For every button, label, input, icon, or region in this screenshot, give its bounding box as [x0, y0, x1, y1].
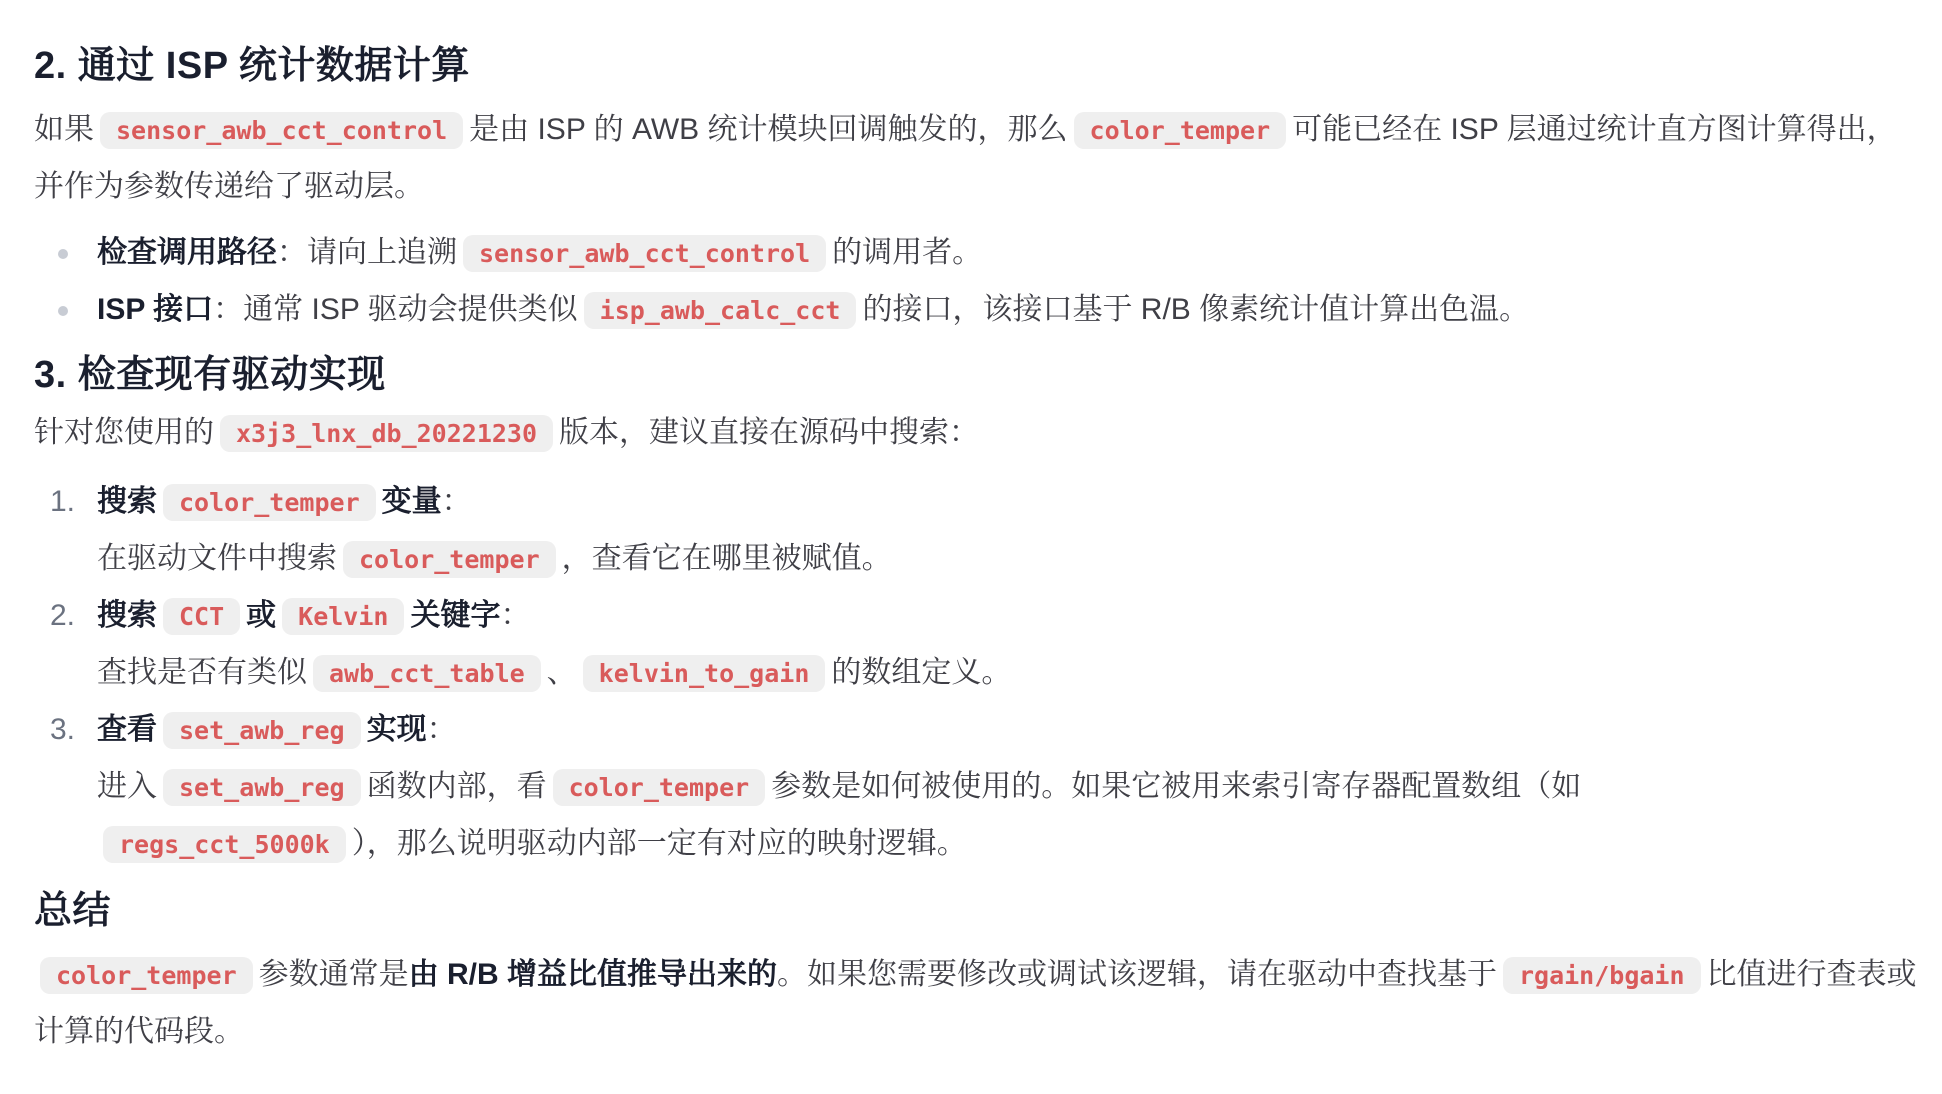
inline-code: sensor_awb_cct_control	[100, 112, 463, 149]
text: 搜索	[97, 599, 157, 632]
text: 参数通常是	[259, 958, 409, 991]
text: 。如果您需要修改或调试该逻辑，请在驱动中查找基于	[777, 958, 1497, 991]
text: 函数内部，看	[367, 770, 547, 803]
inline-code: set_awb_reg	[163, 712, 361, 749]
bullet-list: 检查调用路径：请向上追溯sensor_awb_cct_control的调用者。 …	[34, 225, 1920, 339]
inline-code: x3j3_lnx_db_20221230	[220, 415, 553, 452]
text: 搜索	[97, 485, 157, 518]
list-item-description: 进入set_awb_reg函数内部，看color_temper参数是如何被使用的…	[97, 759, 1920, 873]
text: 的接口，该接口基于 R/B 像素统计值计算出色温。	[862, 293, 1529, 326]
list-item-description: 查找是否有类似awb_cct_table、kelvin_to_gain的数组定义…	[97, 645, 1920, 702]
list-item: 3. 查看set_awb_reg实现： 进入set_awb_reg函数内部，看c…	[34, 702, 1920, 873]
text: 在驱动文件中搜索	[97, 542, 337, 575]
inline-code: CCT	[163, 598, 240, 635]
bullet-dot-icon	[58, 249, 68, 259]
text: 、	[547, 656, 577, 689]
text: 查找是否有类似	[97, 656, 307, 689]
text: ），那么说明驱动内部一定有对应的映射逻辑。	[352, 827, 967, 860]
list-item-title: ISP 接口	[97, 293, 213, 326]
list-number: 2.	[50, 588, 75, 644]
inline-code: regs_cct_5000k	[103, 826, 346, 863]
text: ：请向上追溯	[277, 236, 457, 269]
inline-code: color_temper	[163, 484, 376, 521]
bullet-dot-icon	[58, 306, 68, 316]
text: 版本，建议直接在源码中搜索：	[559, 416, 979, 449]
emphasis-text: 由 R/B 增益比值推导出来的	[409, 958, 777, 991]
section-heading-check-driver: 3. 检查现有驱动实现	[34, 345, 1920, 405]
text: 是由 ISP 的 AWB 统计模块回调触发的，那么	[469, 113, 1067, 146]
inline-code: sensor_awb_cct_control	[463, 235, 826, 272]
text: 的数组定义。	[831, 656, 1011, 689]
inline-code: color_temper	[1074, 112, 1287, 149]
text: 参数是如何被使用的。如果它被用来索引寄存器配置数组（如	[771, 770, 1581, 803]
numbered-list: 1. 搜索color_temper变量： 在驱动文件中搜索color_tempe…	[34, 474, 1920, 873]
inline-code: Kelvin	[282, 598, 404, 635]
document-content: 2. 通过 ISP 统计数据计算 如果sensor_awb_cct_contro…	[0, 0, 1942, 1060]
text: 的调用者。	[832, 236, 982, 269]
text: 针对您使用的	[34, 416, 214, 449]
list-item: 1. 搜索color_temper变量： 在驱动文件中搜索color_tempe…	[34, 474, 1920, 588]
text: 关键字	[410, 599, 500, 632]
text: 或	[246, 599, 276, 632]
inline-code: kelvin_to_gain	[583, 655, 826, 692]
inline-code: color_temper	[40, 957, 253, 994]
section-heading-isp-stats: 2. 通过 ISP 统计数据计算	[34, 36, 1920, 96]
text: 如果	[34, 113, 94, 146]
text: 查看	[97, 713, 157, 746]
list-item-description: 在驱动文件中搜索color_temper，查看它在哪里被赋值。	[97, 531, 1920, 588]
text: ：	[427, 713, 457, 746]
text: ：	[500, 599, 530, 632]
paragraph-summary: color_temper参数通常是由 R/B 增益比值推导出来的。如果您需要修改…	[34, 947, 1920, 1060]
text: ：通常 ISP 驱动会提供类似	[213, 293, 577, 326]
text: 变量	[382, 485, 442, 518]
inline-code: set_awb_reg	[163, 769, 361, 806]
list-number: 1.	[50, 474, 75, 530]
paragraph-driver-intro: 针对您使用的x3j3_lnx_db_20221230版本，建议直接在源码中搜索：	[34, 405, 1920, 462]
paragraph-isp-intro: 如果sensor_awb_cct_control是由 ISP 的 AWB 统计模…	[34, 102, 1920, 215]
inline-code: color_temper	[553, 769, 766, 806]
list-item: ISP 接口：通常 ISP 驱动会提供类似isp_awb_calc_cct的接口…	[34, 282, 1920, 339]
list-item: 检查调用路径：请向上追溯sensor_awb_cct_control的调用者。	[34, 225, 1920, 282]
text: ：	[442, 485, 472, 518]
section-heading-summary: 总结	[34, 881, 1920, 941]
list-item: 2. 搜索CCT或Kelvin关键字： 查找是否有类似awb_cct_table…	[34, 588, 1920, 702]
inline-code: isp_awb_calc_cct	[584, 292, 857, 329]
inline-code: awb_cct_table	[313, 655, 541, 692]
inline-code: rgain/bgain	[1503, 957, 1701, 994]
inline-code: color_temper	[343, 541, 556, 578]
text: 实现	[367, 713, 427, 746]
list-item-title: 检查调用路径	[97, 236, 277, 269]
text: ，查看它在哪里被赋值。	[562, 542, 892, 575]
text: 进入	[97, 770, 157, 803]
list-number: 3.	[50, 702, 75, 758]
